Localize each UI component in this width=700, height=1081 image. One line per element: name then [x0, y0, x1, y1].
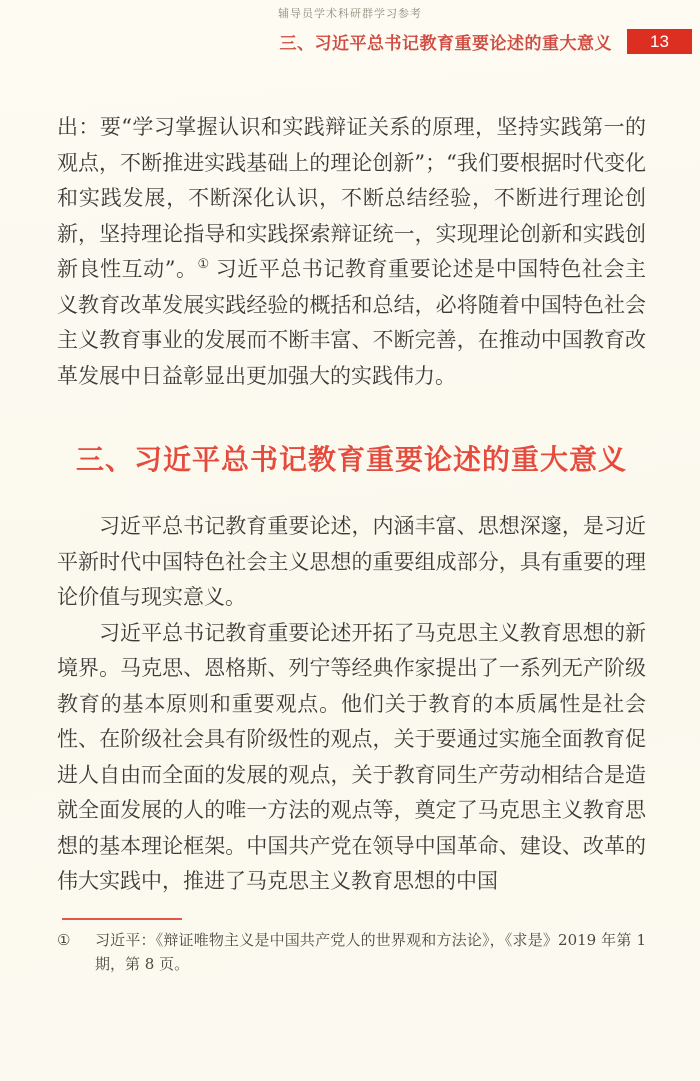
footnote-marker: ①: [57, 928, 95, 976]
running-header-title: 三、习近平总书记教育重要论述的重大意义: [280, 29, 613, 54]
paragraph-3: 习近平总书记教育重要论述开拓了马克思主义教育思想的新境界。马克思、恩格斯、列宁等…: [57, 616, 646, 900]
section-heading: 三、习近平总书记教育重要论述的重大意义: [57, 442, 646, 478]
footnote-divider: [62, 918, 182, 920]
page-number: 13: [650, 32, 669, 52]
running-header: 三、习近平总书记教育重要论述的重大意义 13: [280, 29, 693, 54]
page-number-badge: 13: [627, 29, 692, 54]
paragraph-continued: 出：要“学习掌握认识和实践辩证关系的原理，坚持实践第一的观点，不断推进实践基础上…: [57, 110, 646, 394]
footnote-reference-marker: ①: [198, 257, 210, 272]
footnote-area: ① 习近平：《辩证唯物主义是中国共产党人的世界观和方法论》，《求是》2019 年…: [57, 918, 646, 976]
watermark-text: 辅导员学术科研群学习参考: [0, 5, 700, 21]
footnote: ① 习近平：《辩证唯物主义是中国共产党人的世界观和方法论》，《求是》2019 年…: [57, 928, 646, 976]
page-body: 出：要“学习掌握认识和实践辩证关系的原理，坚持实践第一的观点，不断推进实践基础上…: [57, 110, 646, 900]
paragraph-2: 习近平总书记教育重要论述，内涵丰富、思想深邃，是习近平新时代中国特色社会主义思想…: [57, 509, 646, 616]
footnote-text: 习近平：《辩证唯物主义是中国共产党人的世界观和方法论》，《求是》2019 年第 …: [95, 928, 646, 976]
book-page: 辅导员学术科研群学习参考 三、习近平总书记教育重要论述的重大意义 13 出：要“…: [0, 0, 700, 1081]
